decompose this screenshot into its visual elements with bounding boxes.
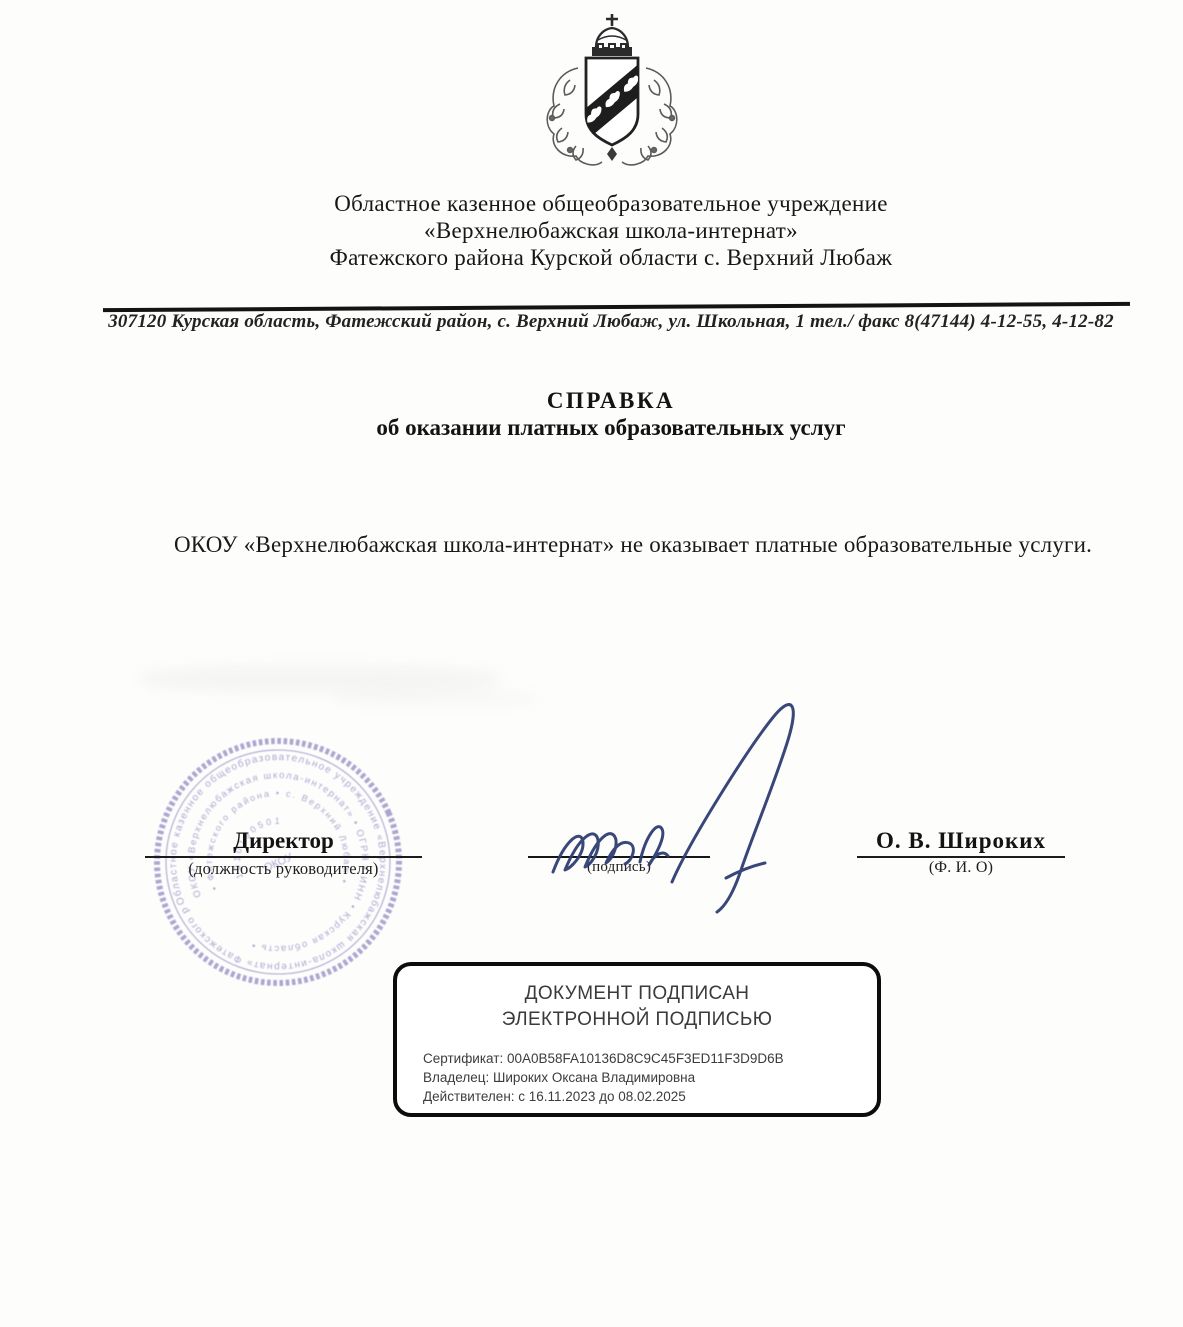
position-value: Директор — [145, 828, 422, 858]
document-body: ОКОУ «Верхнелюбажская школа-интернат» не… — [106, 527, 1120, 563]
org-contact-line: 307120 Курская область, Фатежский район,… — [96, 311, 1126, 333]
org-header: Областное казенное общеобразовательное у… — [96, 190, 1126, 271]
org-name-line1: Областное казенное общеобразовательное у… — [96, 190, 1126, 217]
scan-smudge — [140, 666, 500, 692]
org-name-line3: Фатежского района Курской области с. Вер… — [96, 244, 1126, 271]
org-name-line2: «Верхнелюбажская школа-интернат» — [96, 217, 1126, 244]
scan-smudge — [330, 690, 540, 706]
esignature-title: ДОКУМЕНТ ПОДПИСАН ЭЛЕКТРОННОЙ ПОДПИСЬЮ — [397, 981, 877, 1033]
shield-pendant-icon — [607, 147, 617, 161]
document-title: СПРАВКА — [96, 387, 1126, 414]
crown-icon — [592, 14, 632, 56]
kursk-coat-of-arms-icon — [540, 10, 684, 172]
esignature-title-line1: ДОКУМЕНТ ПОДПИСАН — [397, 981, 877, 1007]
position-block: Директор (должность руководителя) — [145, 828, 422, 879]
esignature-title-line2: ЭЛЕКТРОННОЙ ПОДПИСЬЮ — [397, 1007, 877, 1033]
name-block: О. В. Широких (Ф. И. О) — [857, 828, 1065, 877]
document-title-block: СПРАВКА об оказании платных образователь… — [96, 387, 1126, 441]
handwritten-signature — [545, 690, 805, 925]
esignature-owner: Владелец: Широких Оксана Владимировна — [423, 1068, 877, 1087]
name-caption: (Ф. И. О) — [857, 858, 1065, 877]
document-page: Областное казенное общеобразовательное у… — [0, 0, 1183, 1327]
name-value: О. В. Широких — [857, 828, 1065, 858]
esignature-details: Сертификат: 00A0B58FA10136D8C9C45F3ED11F… — [423, 1049, 877, 1106]
position-caption: (должность руководителя) — [145, 858, 422, 879]
shield-icon — [563, 53, 668, 147]
document-subtitle: об оказании платных образовательных услу… — [96, 414, 1126, 441]
esignature-certificate: Сертификат: 00A0B58FA10136D8C9C45F3ED11F… — [423, 1049, 877, 1068]
esignature-validity: Действителен: с 16.11.2023 до 08.02.2025 — [423, 1087, 877, 1106]
esignature-box: ДОКУМЕНТ ПОДПИСАН ЭЛЕКТРОННОЙ ПОДПИСЬЮ С… — [393, 962, 881, 1117]
